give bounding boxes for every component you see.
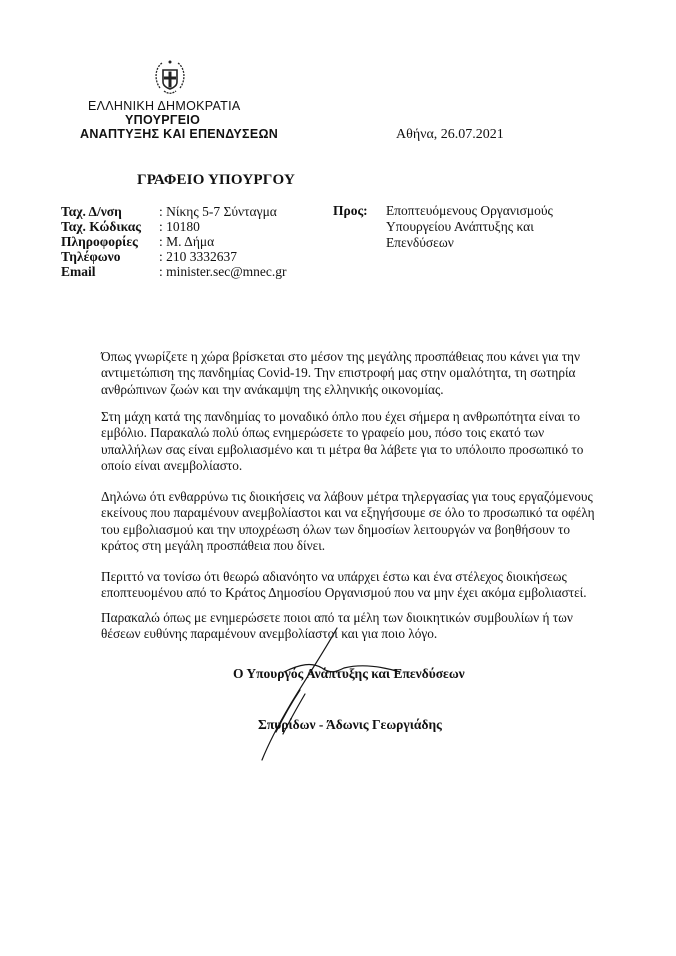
detail-value: : 10180 bbox=[159, 219, 200, 234]
recipient-line: Υπουργείου Ανάπτυξης και bbox=[386, 219, 553, 235]
office-heading: ΓΡΑΦΕΙΟ ΥΠΟΥΡΓΟΥ bbox=[137, 172, 295, 189]
greek-coat-of-arms-icon bbox=[152, 58, 188, 98]
detail-label: Ταχ. Δ/νση bbox=[61, 204, 122, 219]
text-line: υπαλλήλων σας είναι εμβολιασμένο και τι … bbox=[101, 442, 583, 458]
text-line: Περιττό να τονίσω ότι θεωρώ αδιανόητο να… bbox=[101, 569, 587, 585]
text-line: ανθρώπινων ζωών και την ανάκαμψη της ελλ… bbox=[101, 382, 580, 398]
detail-value: : 210 3332637 bbox=[159, 249, 237, 264]
detail-value: : Νίκης 5-7 Σύνταγμα bbox=[159, 204, 277, 219]
body-paragraph-5: Παρακαλώ όπως με ενημερώσετε ποιοι από τ… bbox=[101, 610, 573, 643]
text-line: Όπως γνωρίζετε η χώρα βρίσκεται στο μέσο… bbox=[101, 349, 580, 365]
detail-value-email[interactable]: : minister.sec@mnec.gr bbox=[159, 264, 287, 279]
recipient-line: Εποπτευόμενους Οργανισμούς bbox=[386, 203, 553, 219]
recipient-block: Εποπτευόμενους Οργανισμούς Υπουργείου Αν… bbox=[386, 203, 553, 251]
body-paragraph-2: Στη μάχη κατά της πανδημίας το μοναδικό … bbox=[101, 409, 583, 474]
signatory-title: Ο Υπουργός Ανάπτυξης και Επενδύσεων bbox=[233, 666, 465, 682]
letterhead-ministry-label: ΥΠΟΥΡΓΕΙΟ bbox=[125, 113, 200, 127]
text-line: Παρακαλώ όπως με ενημερώσετε ποιοι από τ… bbox=[101, 610, 573, 626]
detail-label: Email bbox=[61, 264, 96, 279]
text-line: αντιμετώπιση της πανδημίας Covid-19. Την… bbox=[101, 365, 580, 381]
text-line: εποπτευομένου από το Κράτος Δημοσίου Οργ… bbox=[101, 585, 587, 601]
signatory-name: Σπυρίδων - Άδωνις Γεωργιάδης bbox=[258, 717, 442, 733]
document-date: Αθήνα, 26.07.2021 bbox=[396, 127, 504, 143]
letterhead-country: ΕΛΛΗΝΙΚΗ ΔΗΜΟΚΡΑΤΙΑ bbox=[88, 99, 241, 113]
text-line: Δηλώνω ότι ενθαρρύνω τις διοικήσεις να λ… bbox=[101, 489, 595, 505]
detail-label: Τηλέφωνο bbox=[61, 249, 120, 264]
text-line: Στη μάχη κατά της πανδημίας το μοναδικό … bbox=[101, 409, 583, 425]
text-line: εμβόλιο. Παρακαλώ πολύ όπως ενημερώσετε … bbox=[101, 425, 583, 441]
text-line: κράτος στη μεγάλη προσπάθεια που δίνει. bbox=[101, 538, 595, 554]
text-line: του εμβολιασμού και την υποχρέωση όλων τ… bbox=[101, 522, 595, 538]
body-paragraph-3: Δηλώνω ότι ενθαρρύνω τις διοικήσεις να λ… bbox=[101, 489, 595, 554]
recipient-line: Επενδύσεων bbox=[386, 235, 553, 251]
detail-label: Πληροφορίες bbox=[61, 234, 138, 249]
letterhead-ministry-name: ΑΝΑΠΤΥΞΗΣ ΚΑΙ ΕΠΕΝΔΥΣΕΩΝ bbox=[80, 127, 278, 141]
text-line: οποίο είναι ανεμβολίαστο. bbox=[101, 458, 583, 474]
detail-value: : Μ. Δήμα bbox=[159, 234, 214, 249]
body-paragraph-4: Περιττό να τονίσω ότι θεωρώ αδιανόητο να… bbox=[101, 569, 587, 602]
text-line: εκείνους που παραμένουν ανεμβολίαστοι κα… bbox=[101, 505, 595, 521]
detail-label: Ταχ. Κώδικας bbox=[61, 219, 141, 234]
text-line: θέσεων ευθύνης παραμένουν ανεμβολίαστοι … bbox=[101, 626, 573, 642]
recipient-label: Προς: bbox=[333, 203, 368, 219]
handwritten-signature-icon bbox=[0, 0, 676, 956]
body-paragraph-1: Όπως γνωρίζετε η χώρα βρίσκεται στο μέσο… bbox=[101, 349, 580, 398]
